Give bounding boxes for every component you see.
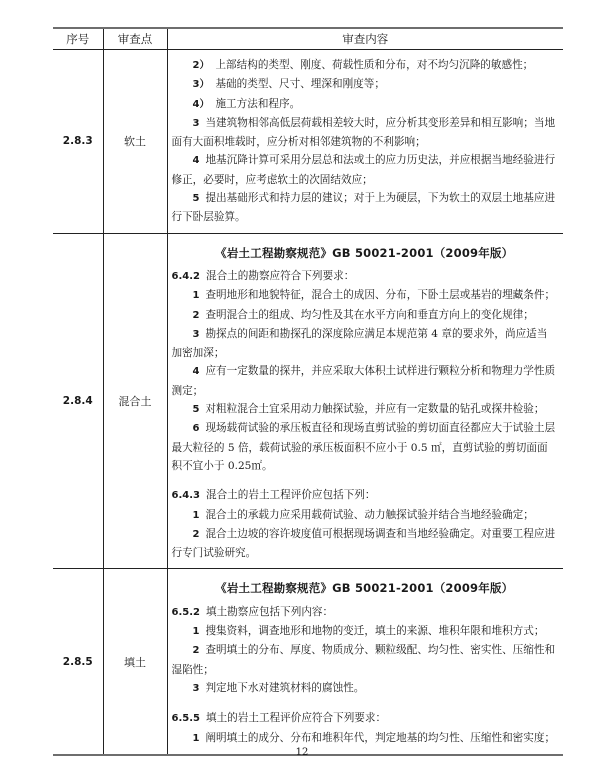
content-line: 1搜集资料，调查地形和地物的变迁，填土的来源、堆积年限和堆积方式； (172, 622, 558, 641)
content-line: 1阐明填土的成分、分布和堆积年代，判定地基的均匀性、压缩性和密实度； (172, 729, 558, 748)
header-seq: 序号 (53, 28, 103, 50)
content-line: 2查明填土的分布、厚度、物质成分、颗粒级配、均匀性、密实性、压缩性和湿陷性； (172, 641, 558, 679)
table-header-row: 序号 审查点 审查内容 (53, 28, 563, 50)
content-line: 2）上部结构的类型、刚度、荷载性质和分布，对不均匀沉降的敏感性； (172, 56, 558, 75)
content-line: 3）基础的类型、尺寸、埋深和刚度等； (172, 75, 558, 94)
clause-heading: 6.4.2混合土的勘察应符合下列要求： (172, 267, 558, 286)
clause-heading: 6.4.3混合土的岩土工程评价应包括下列： (172, 486, 558, 505)
page-number: 12 (0, 747, 604, 758)
seq-cell: 2.8.3 (53, 50, 103, 234)
content-line: 2查明混合土的组成、均匀性及其在水平方向和垂直方向上的变化规律； (172, 306, 558, 325)
clause: 6.4.2混合土的勘察应符合下列要求： 1查明地形和地貌特征，混合土的成因、分布… (172, 267, 558, 475)
standard-title: 《岩土工程勘察规范》GB 50021-2001（2009年版） (172, 579, 558, 597)
content-line: 4地基沉降计算可采用分层总和法或土的应力历史法，并应根据当地经验进行修正，必要时… (172, 151, 558, 189)
content-line: 4应有一定数量的探井，并应采取大体积土试样进行颗粒分析和物理力学性质测定； (172, 362, 558, 400)
content-line: 3当建筑物相邻高低层荷载相差较大时，应分析其变形差异和相互影响；当地面有大面积堆… (172, 114, 558, 152)
content-line: 5对粗粒混合土宜采用动力触探试验，并应有一定数量的钻孔或探井检验； (172, 400, 558, 419)
content-line: 1混合土的承载力应采用载荷试验、动力触探试验并结合当地经验确定； (172, 506, 558, 525)
header-review-content: 审查内容 (167, 28, 563, 50)
clause: 6.5.5填土的岩土工程评价应符合下列要求： 1阐明填土的成分、分布和堆积年代，… (172, 709, 558, 748)
review-point-cell: 填土 (103, 569, 167, 755)
table-row: 2.8.3 软土 2）上部结构的类型、刚度、荷载性质和分布，对不均匀沉降的敏感性… (53, 50, 563, 234)
content-line: 2混合土边坡的容许坡度值可根据现场调查和当地经验确定。对重要工程应进行专门试验研… (172, 525, 558, 563)
seq-cell: 2.8.5 (53, 569, 103, 755)
content-line: 5提出基础形式和持力层的建议；对于上为硬层，下为软土的双层土地基应进行下卧层验算… (172, 189, 558, 227)
clause: 6.4.3混合土的岩土工程评价应包括下列： 1混合土的承载力应采用载荷试验、动力… (172, 486, 558, 562)
content-line: 3判定地下水对建筑材料的腐蚀性。 (172, 679, 558, 698)
review-point-cell: 混合土 (103, 233, 167, 569)
review-point-cell: 软土 (103, 50, 167, 234)
content-line: 6现场载荷试验的承压板直径和现场直剪试验的剪切面直径都应大于试验土层最大粒径的 … (172, 419, 558, 475)
table-row: 2.8.5 填土 《岩土工程勘察规范》GB 50021-2001（2009年版）… (53, 569, 563, 755)
content-line: 1查明地形和地貌特征，混合土的成因、分布，下卧土层或基岩的埋藏条件； (172, 286, 558, 305)
clause-heading: 6.5.2填土勘察应包括下列内容： (172, 603, 558, 622)
content-line: 3勘探点的间距和勘探孔的深度除应满足本规范第 4 章的要求外，尚应适当加密加深； (172, 325, 558, 363)
content-line: 4）施工方法和程序。 (172, 95, 558, 114)
seq-cell: 2.8.4 (53, 233, 103, 569)
review-table: 序号 审查点 审查内容 2.8.3 软土 2）上部结构的类型、刚度、荷载性质和分… (53, 27, 563, 756)
standard-title: 《岩土工程勘察规范》GB 50021-2001（2009年版） (172, 244, 558, 262)
review-content-cell: 2）上部结构的类型、刚度、荷载性质和分布，对不均匀沉降的敏感性； 3）基础的类型… (167, 50, 563, 234)
clause: 6.5.2填土勘察应包括下列内容： 1搜集资料，调查地形和地物的变迁，填土的来源… (172, 603, 558, 698)
table-row: 2.8.4 混合土 《岩土工程勘察规范》GB 50021-2001（2009年版… (53, 233, 563, 569)
review-content-cell: 《岩土工程勘察规范》GB 50021-2001（2009年版） 6.5.2填土勘… (167, 569, 563, 755)
review-content-cell: 《岩土工程勘察规范》GB 50021-2001（2009年版） 6.4.2混合土… (167, 233, 563, 569)
clause-heading: 6.5.5填土的岩土工程评价应符合下列要求： (172, 709, 558, 728)
header-review-point: 审查点 (103, 28, 167, 50)
